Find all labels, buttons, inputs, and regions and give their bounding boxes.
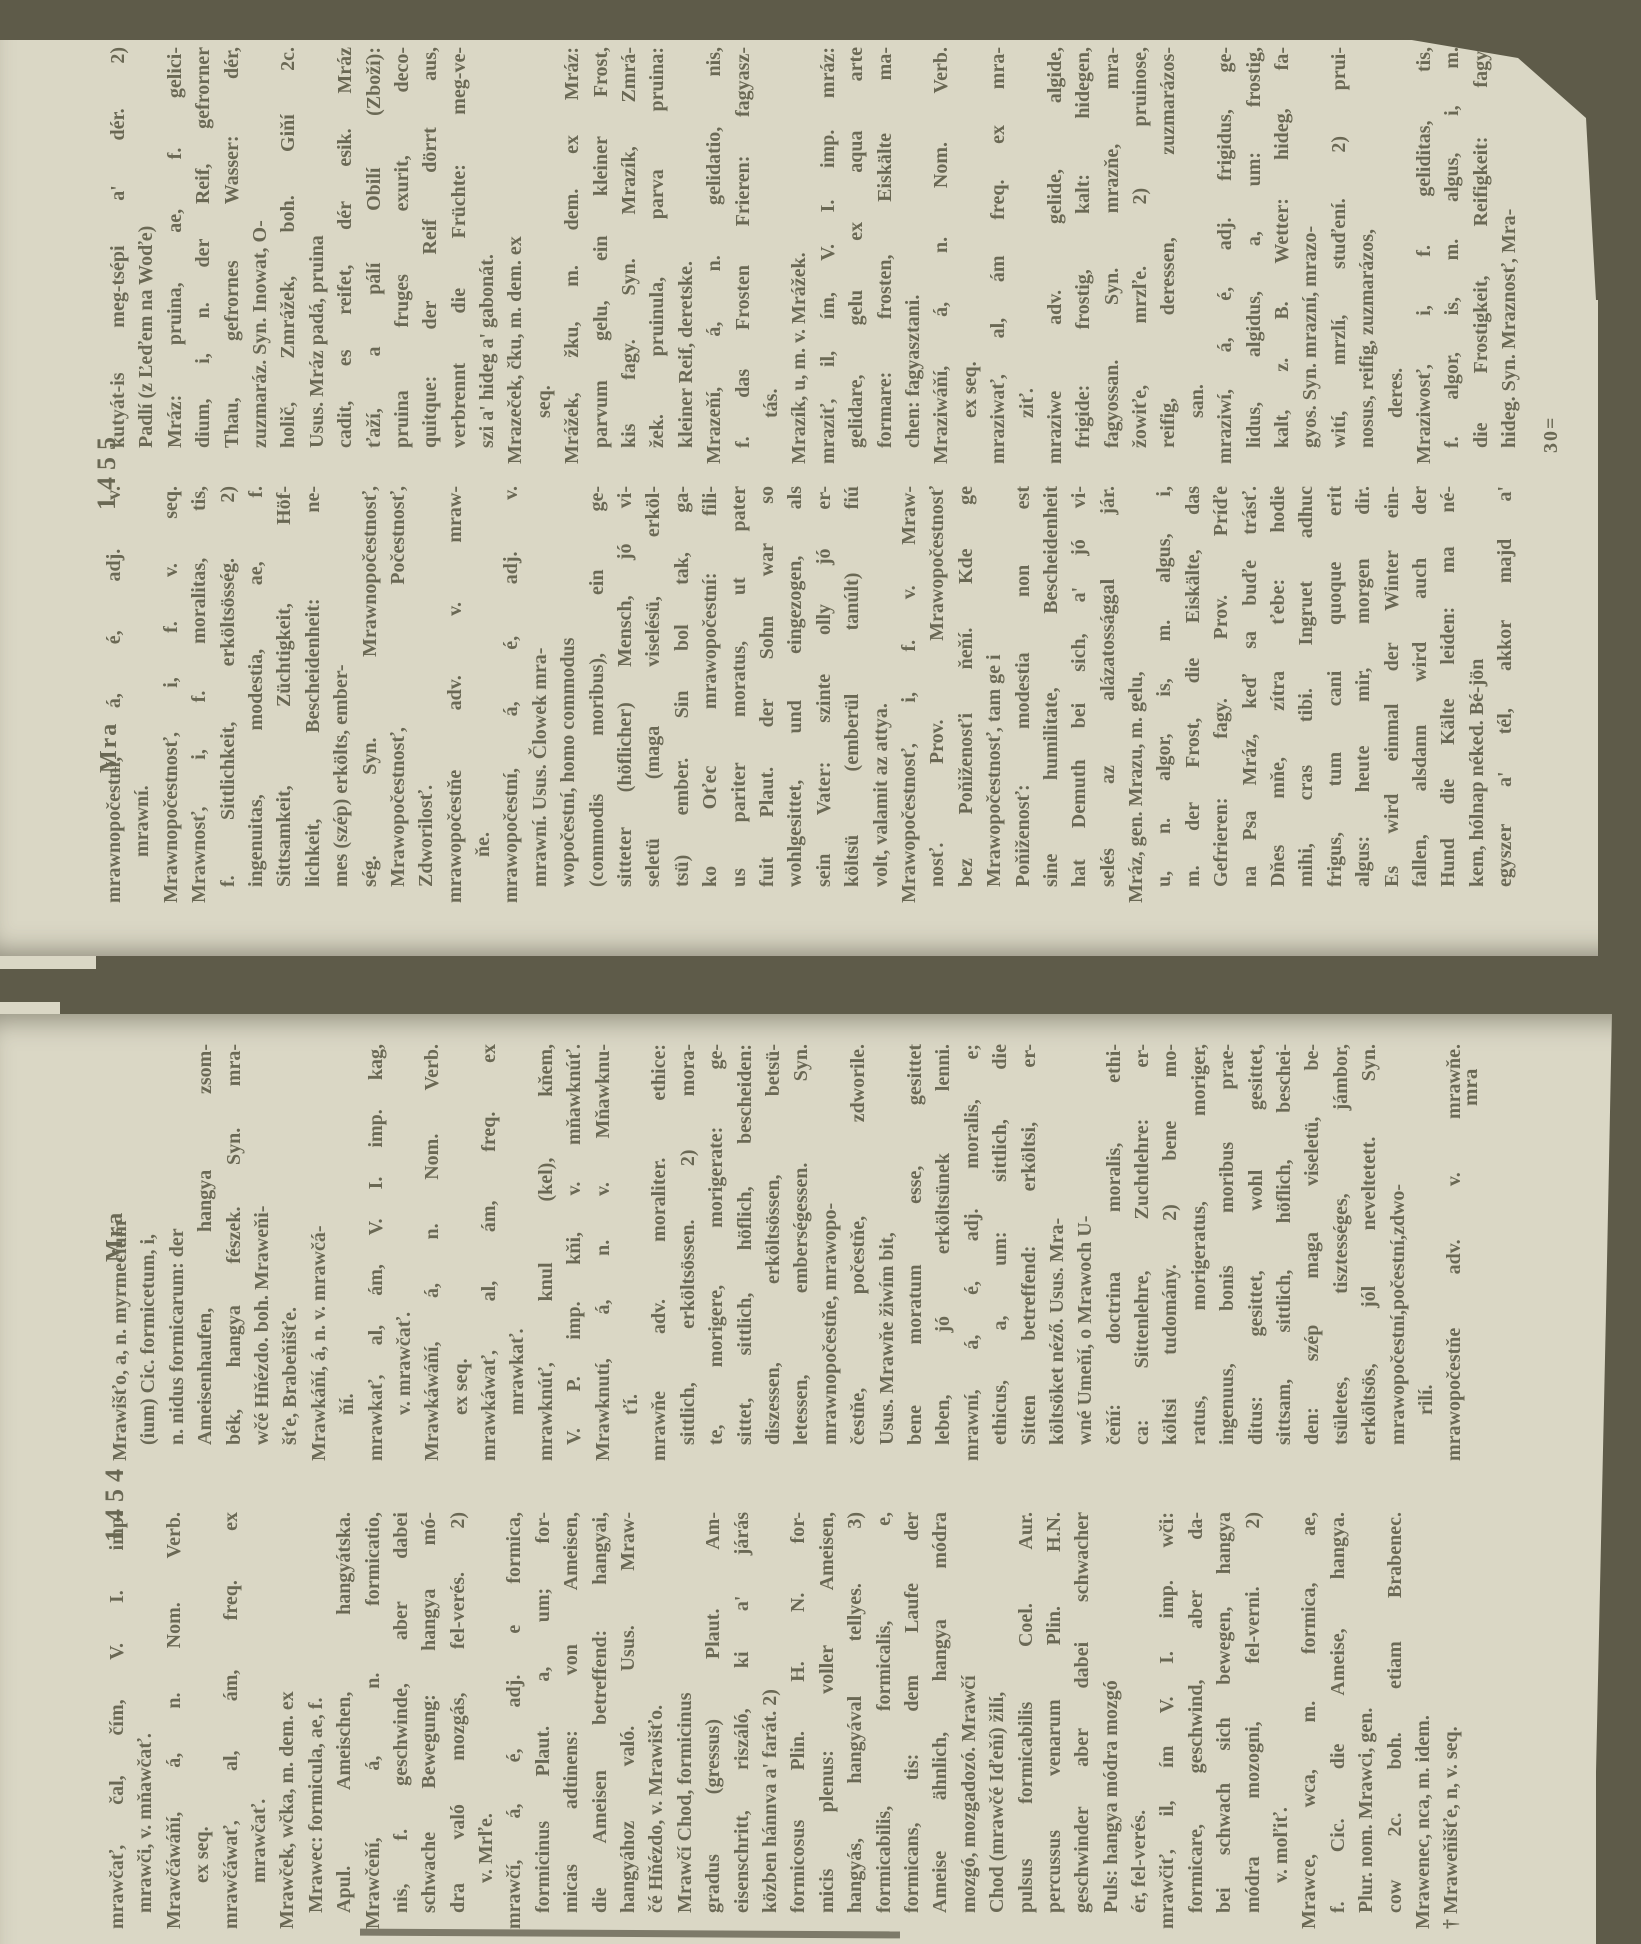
page-1455-surface: Mra 1455 mrawnopočestní, á, é, adj. v.mr… — [0, 38, 1641, 958]
text-line: mes (szép) erkölts, ember- — [327, 486, 355, 903]
text-line: mrawopočestní,počestní,zdwo- — [1384, 1044, 1412, 1461]
text-line: hideg. Syn. Mraznosť, Mra- — [1495, 47, 1523, 464]
text-line: Mrawnosť, i, f. moralitas, tis, — [185, 486, 213, 903]
text-line: ňí. — [333, 1044, 361, 1461]
text-line: Mrawopočestnosť, i, f. v. Mraw- — [895, 486, 923, 903]
text-line: bene moratum esse, gesittet — [901, 1044, 929, 1461]
text-line: volt, valamit az attya. — [867, 486, 895, 903]
text-line: kem, hólnap néked. Bé-jön — [1463, 486, 1491, 903]
text-line: lichkeit, Bescheidenheit: ne- — [299, 486, 327, 903]
text-line: schwache Bewegung: hangya mó- — [415, 1512, 443, 1929]
text-line: eisenschritt, riszáló, ki a' járás — [728, 1512, 756, 1929]
text-line: Ameisenhaufen, hangya zsom- — [191, 1044, 219, 1461]
catchword: mra — [1458, 1069, 1483, 1106]
text-line: sein Vater: szinte olly jó er- — [810, 486, 838, 903]
text-line: ség. Syn. Mrawnopočestnosť, — [356, 486, 384, 903]
text-line: Mrážek, žku, m. dem. ex Mráz: — [558, 47, 586, 464]
text-line: v. mrawčať. — [390, 1044, 418, 1461]
text-line: bez Poňiženosťi ňeňí. Kde ge — [952, 486, 980, 903]
text-line: n. nidus formicarum: der — [163, 1044, 191, 1461]
text-line: Dňes mňe, zítra ťebe: hodie — [1264, 486, 1292, 903]
text-line: (ium) Cic. formicetum, i, — [134, 1044, 162, 1461]
text-line: micis plenus: voller Ameisen, — [813, 1512, 841, 1929]
text-line: nis, f. geschwinde, aber dabei — [387, 1512, 415, 1929]
text-line: költsöket néző. Usus. Mra- — [1043, 1044, 1071, 1461]
text-line: te, morigere, morigerate: ge- — [702, 1044, 730, 1461]
text-line: seq. — [530, 47, 558, 464]
text-column-right: Mrawišťo, a, n. myrmecium(ium) Cic. form… — [106, 1044, 1469, 1461]
text-line: mrawní, á, é, adj. moralis, e; — [958, 1044, 986, 1461]
text-line: kis fagy. Syn. Mrazík, Zmrá- — [615, 47, 643, 464]
text-line: f. algor, is, m. algus, i, m. — [1438, 47, 1466, 464]
text-line: chen: fagyasztani. — [899, 47, 927, 464]
text-line: mrawkáwať, al, ám, freq. ex — [475, 1044, 503, 1461]
text-line: v. Mrľe. — [472, 1512, 500, 1929]
text-line: tsü) ember. Sin bol tak, ga- — [668, 486, 696, 903]
text-column-left: mrawnopočestní, á, é, adj. v.mrawní.Mraw… — [100, 486, 1520, 903]
text-line: gelidare, gelu ex aqua arte — [842, 47, 870, 464]
text-line: na Psa Mráz, keď sa buďe trásť. — [1236, 486, 1264, 903]
text-column-right: kutyát-is meg-tsépi a' dér. 2)Padlí (z Ľ… — [104, 47, 1524, 464]
text-line: selés az alázatossággal jár. — [1094, 486, 1122, 903]
text-line: gyos. Syn. mrazní, mrazo- — [1296, 47, 1324, 464]
book-spine-shadow — [0, 956, 1641, 1014]
text-line: formicare, geschwind, aber da- — [1182, 1512, 1210, 1929]
text-line: reifig, deressen, zuzmarázos- — [1154, 47, 1182, 464]
text-line: mrawknúť, knul (kel), kňem, — [532, 1044, 560, 1461]
text-line: formicosus Plin. H. N. for- — [784, 1512, 812, 1929]
text-line: Sitten betreffend: erköltsi, er- — [1015, 1044, 1043, 1461]
text-line: egyszer a' tél, akkor majd a' — [1491, 486, 1519, 903]
text-line: Hund die Kälte leiden: ma né- — [1434, 486, 1462, 903]
text-line: Mrawčí Chod, formicinus — [671, 1512, 699, 1929]
text-line: mozgó, mozgadozó. Mrawčí — [955, 1512, 983, 1929]
text-line: közben hánnva a' farát. 2) — [756, 1512, 784, 1929]
text-line: die Ameisen betreffend: hangyai, — [586, 1512, 614, 1929]
text-line: frigus, tum cani quoque erit — [1321, 486, 1349, 903]
text-line: sine humilitate, Bescheidenheit — [1037, 486, 1065, 903]
text-line: Mrawopočestnosť, tam ge i — [980, 486, 1008, 903]
text-line: Poňiženosť: modestia non est — [1009, 486, 1037, 903]
text-line: wohlgesittet, und eingezogen, als — [781, 486, 809, 903]
text-line: kleiner Reif, deretske. — [672, 47, 700, 464]
text-line: módra mozogni, fel-verni. 2) — [1239, 1512, 1267, 1929]
text-line: us pariter moratus, ut pater — [725, 486, 753, 903]
text-line: ingenuitas, modestia, ae, f. — [242, 486, 270, 903]
text-line: Padlí (z Ľeďem na Woďe) — [132, 47, 160, 464]
text-line: ditus: gesittet, wohl gesittet, — [1242, 1044, 1270, 1461]
text-line: V. P. imp. kňi, v. mňawknúť. — [560, 1044, 588, 1461]
text-line: Mrazeňí, á, n. gelidatio, nis, — [700, 47, 728, 464]
text-line: (commodis moribus), ein ge- — [583, 486, 611, 903]
text-line: ňe. — [469, 486, 497, 903]
text-line: mraziť, il, ím, V. I. imp. mráz: — [814, 47, 842, 464]
text-line: mrawopočestňe adv. v. mrawňe. — [1440, 1044, 1468, 1461]
text-line: költsü (emberül tanúlt) fiú — [838, 486, 866, 903]
text-line: Mrawnopočestnosť, i, f. v. seq. — [157, 486, 185, 903]
text-column-left: mrawčať, čal, čím, V. I. imp.mrawči, v. … — [103, 1512, 1466, 1929]
text-line: ex seq. — [956, 47, 984, 464]
text-line: hangyás, hangyával tellyes. 3) — [841, 1512, 869, 1929]
text-line: geschwinder aber dabei schwacher — [1068, 1512, 1096, 1929]
text-line: Mrawčáwáňí, á, n. Nom. Verb. — [160, 1512, 188, 1929]
text-line: ťaží, a pálí Obilí (Zboží): — [360, 47, 388, 464]
text-line: diszessen, erköltsössen, betsü- — [759, 1044, 787, 1461]
text-line: erköltsös, jól neveltetett. Syn. — [1355, 1044, 1383, 1461]
text-line: Puls: hangya módra mozgó — [1097, 1512, 1125, 1929]
text-line: tás. — [757, 47, 785, 464]
text-line: Chod (mrawčé Iďeňí) žilí, — [983, 1512, 1011, 1929]
text-line: mrawní. Usus. Člowek mra- — [526, 486, 554, 903]
text-line: formicinus Plaut. a, um; for- — [529, 1512, 557, 1929]
text-line: dium, i, n. der Reif, gefrorner — [189, 47, 217, 464]
text-line: rilí. — [1412, 1044, 1440, 1461]
text-line: Mráz: pruina, ae, f. gelici- — [161, 47, 189, 464]
text-line: m. der Frost, die Eiskälte, das — [1179, 486, 1207, 903]
text-line: san. — [1183, 47, 1211, 464]
text-line: ingenuus, bonis moribus prae- — [1213, 1044, 1241, 1461]
text-line: szi a' hideg a' gabonát. — [473, 47, 501, 464]
text-line: bék, hangya fészek. Syn. mra- — [220, 1044, 248, 1461]
text-line: mrawčí, á, é, adj. e formica, — [500, 1512, 528, 1929]
text-line: hat Demuth bei sich, a' jó vi- — [1065, 486, 1093, 903]
text-line: Sittsamkeit, Züchtigkeit, Höf- — [270, 486, 298, 903]
text-line: v. moľiť. — [1267, 1512, 1295, 1929]
text-line: dra való mozgás, fel-verés. 2) — [444, 1512, 472, 1929]
page-1455-sheet: Mra 1455 mrawnopočestní, á, é, adj. v.mr… — [0, 38, 1641, 958]
text-line: Mráz, gen. Mrazu, m. gelu, — [1122, 486, 1150, 903]
text-line: mrawní. — [128, 486, 156, 903]
text-line: Mraziwosť, i, f. geliditas, tis, — [1410, 47, 1438, 464]
text-line: čeňí: doctrina moralis, ethi- — [1100, 1044, 1128, 1461]
text-line: mihi, cras tibi. Ingruet adhuc — [1292, 486, 1320, 903]
text-line: sittsam, sittlich, höflich, beschei- — [1270, 1044, 1298, 1461]
text-line: lidus, algidus, a, um: frostig, — [1240, 47, 1268, 464]
text-line: deres. — [1382, 47, 1410, 464]
text-line: mraziwe adv. gelide, algide, — [1041, 47, 1069, 464]
text-line: čestňe, počestňe, zdworile. — [844, 1044, 872, 1461]
text-line: mrawčiť, il, ím V. I. imp. wči: — [1153, 1512, 1181, 1929]
page-1454-sheet: 1454 Mra mrawčať, čal, čím, V. I. imp.mr… — [0, 1012, 1641, 1944]
text-line: micas adtinens: von Ameisen, — [557, 1512, 585, 1929]
text-line: cow 2c. boh. etiam Brabenec. — [1381, 1512, 1409, 1929]
text-line: mrawopočestňe adv. v. mraw- — [441, 486, 469, 903]
text-line: mrawčáwať, al, ám, freq. ex — [217, 1512, 245, 1929]
text-line: mraziwí, á, é, adj. frigidus, ge- — [1211, 47, 1239, 464]
text-line: f. Sittlichkeit, erköltsösség. 2) — [214, 486, 242, 903]
text-line: Thau, gefrornes Wasser: dér, — [218, 47, 246, 464]
text-line: formicabilis, formicalis, e, — [870, 1512, 898, 1929]
text-line: mrawkať. — [503, 1044, 531, 1461]
text-line: mrawčať, čal, čím, V. I. imp. — [103, 1512, 131, 1929]
text-line: Usus. Mrawňe žiwím bit, — [873, 1044, 901, 1461]
text-line: verbrennt die Früchte: meg-ve- — [445, 47, 473, 464]
scan-border-top-edge — [0, 0, 1641, 40]
text-line: Mrawkáwáňí, á, n. Nom. Verb. — [418, 1044, 446, 1461]
text-line: nosť. Prov. Mrawopočestnosť — [923, 486, 951, 903]
text-line: sitteter (höflicher) Mensch, jó vi- — [611, 486, 639, 903]
text-line: leben, jó erköltsünek lenni. — [929, 1044, 957, 1461]
text-line: ko Oťec mrawopočestní: fili- — [696, 486, 724, 903]
text-line: Mrazík, u, m. v. Mrážek. — [785, 47, 813, 464]
text-line: žowiťe, mrzľe. 2) pruinose, — [1126, 47, 1154, 464]
text-line: f. Cic. die Ameise, hangya. — [1324, 1512, 1352, 1929]
text-line: ratus, morigeratus, moriger, — [1185, 1044, 1213, 1461]
text-line: költsi tudomány. 2) bene mo- — [1156, 1044, 1184, 1461]
text-line: Mraziwáňí, á, n. Nom. Verb. — [927, 47, 955, 464]
text-line: mrawnopočestní, á, é, adj. v. — [100, 486, 128, 903]
text-line: tsületes, tisztességes, jámbor, — [1327, 1044, 1355, 1461]
text-line: Apul. Ameischen, hangyátska. — [330, 1512, 358, 1929]
text-line: Ameise ähnlich, hangya módra — [926, 1512, 954, 1929]
text-line: Mrawčeňí, á, n. formicatio, — [359, 1512, 387, 1929]
text-line: Es wird einmal der Winter ein- — [1378, 486, 1406, 903]
text-line: wití, mrzlí, stuďení. 2) prui- — [1325, 47, 1353, 464]
text-line: mrawčať. — [245, 1512, 273, 1929]
book-scan: Mra 1455 mrawnopočestní, á, é, adj. v.mr… — [0, 0, 1641, 1944]
text-line: mrawkať, al, ám, V. I. imp. kag, — [362, 1044, 390, 1461]
text-line: Mrawkáňí, á, n. v. mrawčá- — [305, 1044, 333, 1461]
text-line: mrawči, v. mňawčať. — [131, 1512, 159, 1929]
text-line: šťe, Brabeňišťe. — [276, 1044, 304, 1461]
text-line: den: szép maga viseletü, be- — [1298, 1044, 1326, 1461]
text-line: kutyát-is meg-tsépi a' dér. 2) — [104, 47, 132, 464]
text-line: sittet, sittlich, höflich, bescheiden: — [731, 1044, 759, 1461]
spine-paper-notch — [0, 956, 96, 969]
text-line: ex seq. — [447, 1044, 475, 1461]
text-line: parvum gelu, ein kleiner Frost, — [587, 47, 615, 464]
text-line: Gefrieren: fagy. Prov. Príďe — [1207, 486, 1235, 903]
text-line: Mrawenec, nca, m. idem. — [1409, 1512, 1437, 1929]
text-line: Plur. nom. Mrawci, gen. — [1352, 1512, 1380, 1929]
text-line: u, n. algor, is, m. algus, i, — [1150, 486, 1178, 903]
text-line: holič, Zmrážek, boh. Giňí 2c. — [274, 47, 302, 464]
spine-paper-notch — [0, 1002, 60, 1014]
text-line: gradus (gressus) Plaut. Am- — [699, 1512, 727, 1929]
text-line: nosus, reifig, zuzmarázos, — [1353, 47, 1381, 464]
text-line: pruina fruges exurit, deco- — [388, 47, 416, 464]
text-line: mraziwať, al, ám freq. ex mra- — [984, 47, 1012, 464]
text-line: Mrawopočestnosť, Počestnosť, — [384, 486, 412, 903]
text-line: ťí. — [617, 1044, 645, 1461]
signature-mark: 30= — [1540, 416, 1563, 453]
text-line: quitque: der Reif dörrt aus, — [416, 47, 444, 464]
text-line: percussus venarum Plin. H.N. — [1040, 1512, 1068, 1929]
text-line: fagyossan. Syn. mrazňe, mra- — [1098, 47, 1126, 464]
text-line: ethicus, a, um: sittlich, die — [986, 1044, 1014, 1461]
text-line: mrawňe adv. moraliter. ethice: — [645, 1044, 673, 1461]
text-line: pulsus formicabilis Coel. Aur. — [1012, 1512, 1040, 1929]
text-line: fallen, alsdann wird auch der — [1406, 486, 1434, 903]
text-line: Mrawec: formicula, ae, f. — [302, 1512, 330, 1929]
page-edge-shadow-right-upper — [1598, 38, 1641, 962]
text-line: wopočestní, homo commodus — [554, 486, 582, 903]
text-line: f. das Frosten Frieren: fagyasz- — [729, 47, 757, 464]
text-line: Usus. Mráz padá, pruina — [303, 47, 331, 464]
text-line: algus: heute mir, morgen dir. — [1349, 486, 1377, 903]
text-line: Zdworilosť. — [412, 486, 440, 903]
text-line: formare: frosten, Eiskälte ma- — [871, 47, 899, 464]
text-line: ex seq. — [188, 1512, 216, 1929]
text-line: zuzmaráz. Syn. Inowat, O- — [246, 47, 274, 464]
text-line: Mrazeček, čku, m. dem. ex — [501, 47, 529, 464]
text-line: wčé Hňézdo. boh. Mraweňi- — [248, 1044, 276, 1461]
text-line: bei schwach sich bewegen, hangya — [1210, 1512, 1238, 1929]
text-line: mrawnopočestňe, mrawopo- — [816, 1044, 844, 1461]
text-line: fuit Plaut. der Sohn war so — [753, 486, 781, 903]
text-line: žek. pruinula, parva pruina: — [643, 47, 671, 464]
text-line: Mrawišťo, a, n. myrmecium — [106, 1044, 134, 1461]
text-line: seletü (maga viselésü, erköl- — [639, 486, 667, 903]
text-line: ca: Sittenlehre, Zuchtlehre: er- — [1128, 1044, 1156, 1461]
text-line: die Frostigkeit, Reifigkeit: fagy, — [1467, 47, 1495, 464]
text-line: Mrawček, wčka, m. dem. ex — [273, 1512, 301, 1929]
text-line: formicans, tis: dem Laufe der — [898, 1512, 926, 1929]
text-line: hangyához való. Usus. Mraw- — [614, 1512, 642, 1929]
text-line: letessen, emberségessen. Syn. — [787, 1044, 815, 1461]
text-line: kalt, z. B. Wetter: hideg, fa- — [1268, 47, 1296, 464]
text-line: cadit, es reifet, dér esik. Mráz — [331, 47, 359, 464]
text-line: sittlich, erköltsössen. 2) mora- — [674, 1044, 702, 1461]
text-line: ér, fel-verés. — [1125, 1512, 1153, 1929]
text-line: mrawopočestní, á, é, adj. v. — [497, 486, 525, 903]
text-line: Mrawce, wca, m. formica, ae, — [1295, 1512, 1323, 1929]
text-line: frigide: frostig, kalt: hidegen, — [1069, 47, 1097, 464]
text-line: Mrawknutí, á, n. v. Mňawknu- — [589, 1044, 617, 1461]
text-line: ziť. — [1013, 47, 1041, 464]
page-1454-surface: 1454 Mra mrawčať, čal, čím, V. I. imp.mr… — [0, 1012, 1641, 1944]
text-line: † Mraweňišťe, n, v. seq. — [1437, 1512, 1465, 1929]
text-line: wné Umeňí, o Mrawoch U- — [1071, 1044, 1099, 1461]
text-line: čé Hňézdo, v. Mrawišťo. — [642, 1512, 670, 1929]
